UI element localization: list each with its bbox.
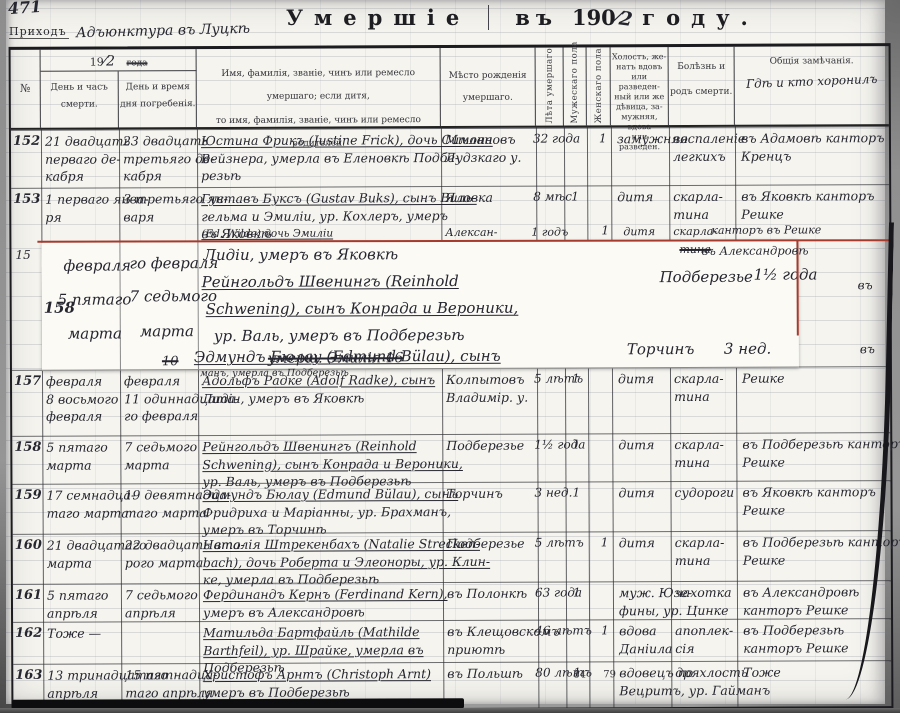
cell-name: Эдмундъ Бюлау (Edmund Bülau), сынъФридри… [202,485,458,539]
register-row-159: 15917 семнадца-таго марта19 девятнадца-т… [12,480,890,535]
cell-illness: скарла-тина [673,188,723,223]
cell-illness: скарла-тина [674,436,724,471]
title-year-handwritten: ⁄2 [614,7,633,31]
covered-row-remarks-fragment-1: канторъ въ Решке [711,223,821,236]
cell-remarks: въ Адамовѣ канторъКренцъ [741,129,885,165]
slip-row158-name-line1: Рейнгольдъ Швенингъ (Reinhold [202,272,459,291]
parish-line: Приходъ Адъюнктура въ Луцкѣ [9,20,250,39]
slip-row158-death-line2: марта [68,324,122,342]
slip-row159-age: 3 нед. [724,340,771,358]
remarks-handwritten-note: Гдѣ и кто хоронилъ [734,71,888,91]
cell-num: 153 [13,191,40,209]
cell-male: 1 [571,188,579,205]
cell-marital: дитя [619,534,655,552]
cell-burial: 7 седьмогоапрѣля [125,586,198,621]
page-title: Умершіе въ 190⁄2 году. [286,5,816,30]
cell-age: 8 мѣс [533,188,572,205]
col-header-number: № [11,50,41,128]
covered-row-female-mark: 1 [601,223,609,237]
register-row-152: 15221 двадцатьперваго де-кабря23 двадцат… [11,126,889,189]
slip-row158-burial-line2: марта [140,322,194,340]
cell-remarks: въ Подберезьѣканторъ Решке [743,621,849,656]
cell-num: 152 [13,133,40,151]
cell-female: 1 [601,622,609,639]
table-header: № 19⁄2 года День и часъ смерти. День и в… [11,46,889,130]
col-header-remarks: Общія замѣчанія. Гдѣ и кто хоронилъ [735,46,889,125]
cell-male: 1 [572,484,580,501]
cell-birth: МѣлановъЛудзкаго у. [445,131,522,166]
cell-illness: судороги [674,484,734,502]
title-word-deceased: Умершіе [286,5,470,30]
title-word-in: въ [515,5,558,30]
covered-row-number: 15 [15,248,30,262]
cell-burial: 7 седьмогомарта [124,438,197,473]
cell-remarks: Тоже [743,664,781,682]
struck-fragment-a: 10 [162,354,179,369]
cell-marital: дитя [617,188,653,206]
cell-num: 159 [14,487,41,505]
year-strip: 19⁄2 года [41,49,197,72]
register-table: № 19⁄2 года День и часъ смерти. День и в… [9,43,894,712]
cell-death: февраля8 восьмогофевраля [46,372,118,425]
cell-num: 161 [15,587,42,605]
cell-male: 1 [573,584,581,601]
struck-fragment-b: умерш. Эмилія 16 [268,350,403,367]
scanned-page: 471 Приходъ Адъюнктура въ Луцкѣ Умершіе … [0,0,900,713]
cell-name: Христофъ Арнтъ (Christoph Arnt)умеръ въ … [203,665,431,701]
cell-illness: скарла-тина [674,370,724,405]
covered-row-age-fragment: 1 годъ [531,225,568,238]
year-handwritten: ⁄2 [104,53,115,69]
covered-row-name-fragment: (Ed. Wilde) дочь Эмиліи [201,228,333,241]
cell-remarks: въ Александровѣканторъ Решке [743,583,859,619]
col-header-marital: Холостъ, же- натъ вдовъ или разведен- ны… [611,47,669,125]
covered-row-marital-fragment: дитя [623,225,655,238]
title-year: 190⁄2 [572,5,632,30]
cell-birth: Подберезье [447,535,525,553]
cell-male: 1 [572,370,580,387]
col-header-age: Лѣта умершаго [536,48,564,126]
cell-birth: въ Польшѣ [447,665,523,683]
cell-birth: Подберезье [446,437,524,455]
cell-illness: чахотка [675,584,732,602]
pasted-correction-slip: февраля го февраля Лидіи, умеръ въ Яковк… [41,239,799,370]
slip-row158-death-line1: 5 пятаго [58,290,132,308]
register-row-160: 16021 двадцатагомарта22 двадцать вто-рог… [13,530,891,585]
cell-death: Тоже — [47,625,101,643]
cell-death: 21 двадцатьперваго де-кабря [45,132,131,185]
cell-remarks: Решке [742,370,785,388]
cell-remarks: въ Яковкѣ канторъРешке [741,187,874,223]
cell-num: 160 [15,537,42,555]
col-header-dates-group: 19⁄2 года День и часъ смерти. День и вре… [41,49,197,128]
cell-age: 5 лѣтъ [535,534,584,551]
page-number: 471 [7,0,42,18]
struck-fragment-small: манъ, умерла въ Подберезьѣ [200,367,349,379]
title-divider-line [488,5,489,30]
cell-death: 5 пятагомарта [46,438,108,473]
cell-age: 32 года [533,130,580,147]
cell-female: 1 [601,534,609,551]
slip-row158-name-line2: Schwening), сынъ Конрада и Вероники, [206,299,519,318]
slip-row159-birthplace: Торчинъ [627,340,695,358]
slip-row158-birthplace: Подберезье [660,268,753,286]
title-word-year: году. [642,5,759,30]
register-paper: 471 Приходъ Адъюнктура въ Луцкѣ Умершіе … [6,0,885,704]
parish-value-handwritten: Адъюнктура въ Луцкѣ [75,21,249,42]
scan-bottom-edge [0,708,900,713]
cell-num: 163 [15,667,42,685]
total-male-count: 84 [573,669,586,680]
register-row-158: 1585 пятагомарта7 седьмогомартаРейнгольд… [12,432,890,485]
cell-marital: дитя [618,436,654,454]
parish-label: Приходъ [9,25,69,39]
col-header-female: Женскаго пола [587,47,611,125]
cell-marital: дитя [618,484,654,502]
cell-death: 17 семнадца-таго марта [46,486,135,521]
cell-num: 162 [15,625,42,643]
cell-female: 1 [599,130,607,147]
year-struck-word: года [126,58,147,68]
cell-illness: апоплек-сія [675,622,733,657]
cell-name: Фердинандъ Кернъ (Ferdinand Kern),умеръ … [203,585,448,621]
cell-marital: дитя [618,370,654,388]
register-row-157: 157февраля8 восьмогофевраляфевраля11 оди… [12,366,890,437]
register-row-162: 162Тоже —Матильда Бартфайль (MathildeBar… [13,618,891,665]
col-header-burial-date: День и время дня погребенія. [119,71,197,127]
col-header-illness: Болѣзнь и родъ смерти. [669,47,735,125]
cell-age: 3 нед. [534,484,572,501]
cell-illness: воспаленіелегкихъ [673,130,745,165]
register-row-161: 1615 пятагоапрѣля7 седьмогоапрѣляФердина… [13,580,891,623]
col-header-birthplace: Мѣсто рожденія умершаго. [441,48,536,126]
cell-male: 1 [572,436,580,453]
cell-birth: въ Полонкѣ [447,585,527,603]
slip-row157-death-date: февраля [63,256,130,274]
cell-marital: вдоваДаніила [619,622,672,657]
cell-num: 158 [14,439,41,457]
col-header-name: Имя, фамилія, званіе, чинъ или ремесло у… [197,48,441,127]
cell-illness: скарла-тина [675,534,725,569]
cell-age: 46 лѣтъ [535,622,592,639]
covered-row-remarks-fragment-2: въ Александровѣ [701,243,808,257]
col-header-death-date: День и часъ смерти. [41,71,119,127]
covered-row-birthplace-fragment: Алексан- [445,226,497,239]
cell-birth: Торчинъ [446,485,502,503]
slip-row158-name-line3: ур. Валь, умеръ въ Подберезьѣ [214,326,465,345]
col-header-male: Мужескаго пола [564,47,587,125]
cell-illness: дряхлость [675,664,747,682]
slip-row158-age: 1½ года [754,265,818,283]
cell-birth: Яловка [445,189,493,207]
cell-death: 5 пятагоапрѣля [47,586,109,621]
cell-birth: КолпытовъВладимір. у. [446,371,528,406]
total-female-count: 79 [603,669,616,680]
slip-row157-name: Лидіи, умеръ въ Яковкѣ [203,245,398,264]
cell-num: 157 [14,373,41,391]
